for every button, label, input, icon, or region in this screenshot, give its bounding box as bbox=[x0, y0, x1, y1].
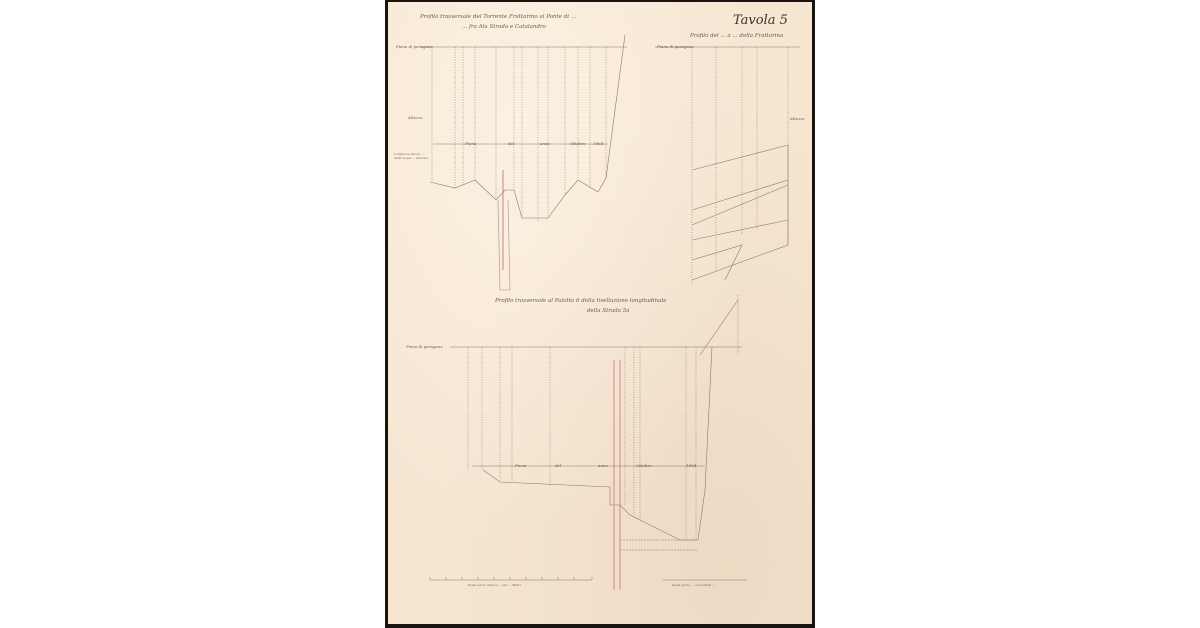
bottom-midline-anno: anno bbox=[598, 463, 608, 468]
midline-year: 1864 bbox=[593, 141, 603, 146]
midline-del: del bbox=[508, 141, 514, 146]
sheet-title-tavola: Tavola 5 bbox=[733, 13, 788, 28]
bottom-profile-lines bbox=[430, 295, 747, 590]
top-left-title-line1: Profilo trasversale del Torrente Frattar… bbox=[420, 14, 576, 20]
top-right-altezze-label: Altezze bbox=[790, 116, 805, 121]
bottom-midline-del: del bbox=[555, 463, 561, 468]
bottom-midline-year: 1864 bbox=[686, 463, 696, 468]
top-left-altezze-label: Altezze bbox=[408, 115, 423, 120]
bottom-title-line1: Profilo trasversale al Palotto 6 della l… bbox=[495, 298, 667, 304]
midline-piena: Piena bbox=[465, 141, 476, 146]
bottom-midline-piena: Piena bbox=[515, 463, 526, 468]
midline-ottobre: Ottobre bbox=[570, 141, 586, 146]
top-right-datum-label: Piano di paragone bbox=[657, 44, 694, 49]
bottom-title-line2: della Strada 5a bbox=[587, 308, 630, 314]
top-right-profile-lines bbox=[655, 47, 800, 285]
top-left-profile-lines bbox=[420, 35, 627, 290]
bottom-midline-ottobre: Ottobre bbox=[636, 463, 652, 468]
top-right-title: Profilo del ... a ... della Frattarina bbox=[690, 33, 783, 39]
scale-left-label: Scala per le altezze ... per ... Metri bbox=[468, 583, 521, 587]
bottom-datum-label: Piano di paragone bbox=[406, 344, 443, 349]
technical-drawing bbox=[0, 0, 1200, 628]
top-left-title-line2: ... fra Ala Strada e Catalandro bbox=[462, 24, 546, 30]
top-left-larghezza-label: Larghezza all'ora ... delle acque ... Se… bbox=[394, 152, 430, 160]
top-left-datum-label: Piano di paragone bbox=[396, 44, 433, 49]
scale-right-label: Scala per le ... orizzontali ... bbox=[672, 583, 715, 587]
midline-anno: anno bbox=[540, 141, 550, 146]
